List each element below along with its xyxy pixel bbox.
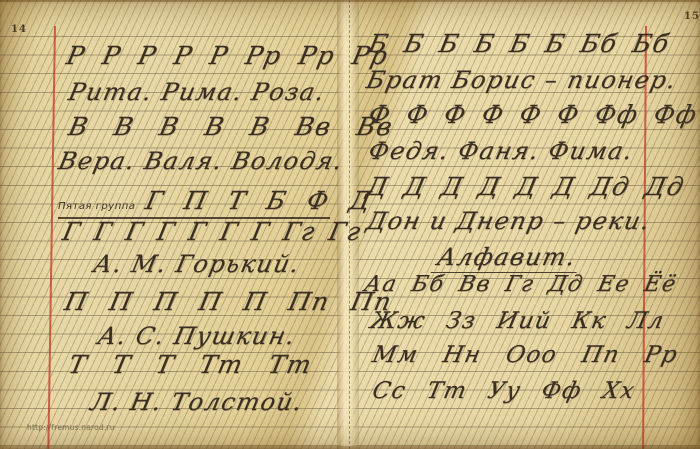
- handwriting-row: В В В В В Вв Вв: [66, 112, 396, 141]
- handwriting-row: Д Д Д Д Д Д Дд Дд: [364, 172, 688, 201]
- handwriting-row: А. С. Пушкин.: [56, 322, 338, 350]
- handwriting-row: Дон и Днепр – реки.: [364, 207, 654, 235]
- copybook-scan: 14 15 Р Р Р Р Р Рр Рр Рр Рита. Рима. Роз…: [0, 0, 700, 449]
- page-number-right: 15: [684, 11, 700, 22]
- handwriting-row: Б Б Б Б Б Б Бб Бб: [366, 29, 673, 58]
- handwriting-row: Жж Зз Иий Кк Лл: [368, 308, 667, 334]
- handwriting-row: Сс Тт Уу Фф Хх: [370, 378, 638, 404]
- page-number-left: 14: [11, 24, 27, 35]
- handwriting-row: Л. Н. Толстой.: [56, 388, 338, 416]
- scan-top-edge: [0, 0, 700, 2]
- watermark-text: http://fremus.narod.ru: [27, 423, 115, 432]
- handwriting-row: Т Т Т Тт Тт: [66, 350, 315, 379]
- handwriting-row: Мм Нн Ооо Пп Рр: [370, 342, 681, 368]
- handwriting-row: А. М. Горький.: [56, 250, 338, 278]
- handwriting-row: Г Г Г Г Г Г Г Гг Гг: [60, 217, 364, 246]
- handwriting-row: Федя. Фаня. Фима.: [366, 137, 636, 165]
- handwriting-row: Рита. Рима. Роза.: [56, 78, 338, 106]
- alphabet-heading-row: Алфавит.: [360, 243, 654, 271]
- handwriting-row: П П П П П Пп Пп: [62, 287, 395, 316]
- handwriting-row: Аа Бб Вв Гг Дд Ее Ёё: [362, 272, 679, 297]
- handwriting-row: Брат Борис – пионер.: [364, 66, 680, 94]
- handwriting-row: Р Р Р Р Р Рр Рр Рр: [64, 41, 391, 70]
- alphabet-heading: Алфавит.: [430, 243, 583, 273]
- right-page: Б Б Б Б Б Б Бб Бб Брат Борис – пионер. Ф…: [356, 0, 700, 449]
- handwriting-row: Вера. Валя. Володя.: [56, 147, 338, 175]
- group-letters: Г П Т Б Ф Д: [143, 186, 375, 215]
- handwriting-row: Ф Ф Ф Ф Ф Ф Фф Фф: [366, 100, 700, 129]
- group-label: Пятая группа: [58, 201, 135, 215]
- letter-group-row: Пятая группа Г П Т Б Ф Д: [58, 186, 330, 219]
